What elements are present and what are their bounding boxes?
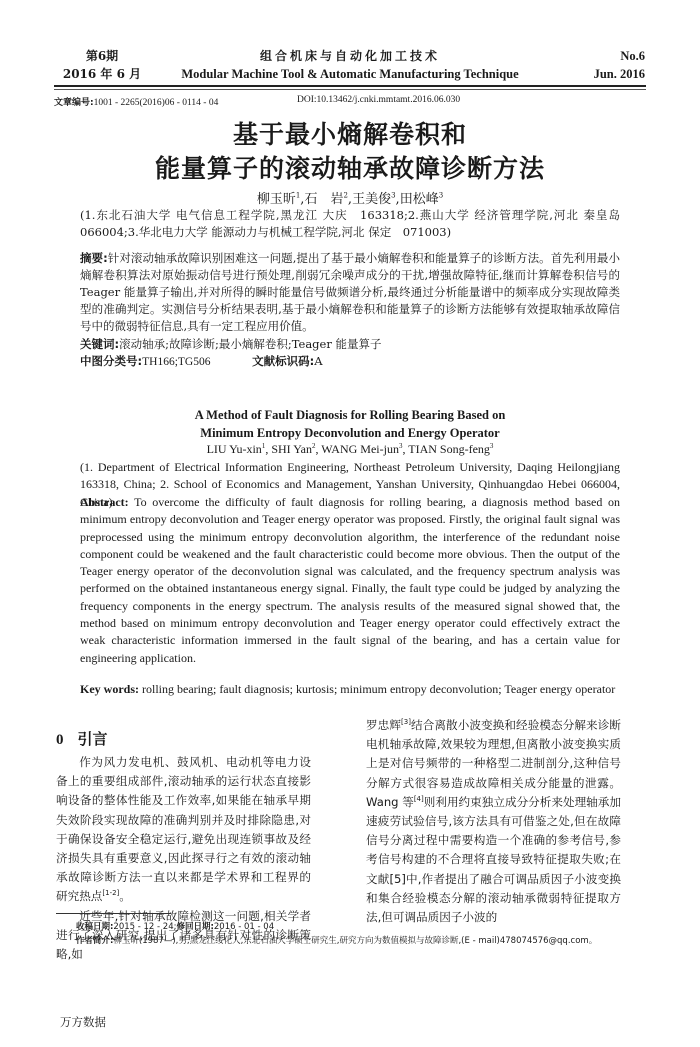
- footnote-rule: [56, 913, 171, 914]
- section-title: 引言: [78, 730, 108, 748]
- author-cn: 石 岩: [304, 192, 343, 207]
- received-label: 收稿日期:: [76, 922, 113, 932]
- article-number-value: 1001 - 2265(2016)06 - 0114 - 04: [94, 98, 219, 108]
- watermark: 万方数据: [60, 1014, 106, 1030]
- journal-name-en: Modular Machine Tool & Automatic Manufac…: [150, 65, 550, 83]
- footnote-dates: 收稿日期:2015 - 12 - 24;修回日期:2016 - 01 - 04: [76, 920, 676, 934]
- bio-text: 柳玉昕(1987—),男,黑龙江绥化人,东北石油大学硕士研究生,研究方向为数值模…: [113, 936, 597, 946]
- author-en: TIAN Song-feng: [408, 442, 490, 456]
- title-cn-line2: 能量算子的滚动轴承故障诊断方法: [0, 152, 700, 186]
- journal-name: 组合机床与自动化加工技术 Modular Machine Tool & Auto…: [150, 47, 550, 83]
- journal-name-cn: 组合机床与自动化加工技术: [150, 47, 550, 65]
- author-en: SHI Yan: [271, 442, 312, 456]
- affiliation-marker: 3: [399, 442, 403, 450]
- issue-info-cn: 第6期 2016 年 6 月: [57, 47, 147, 83]
- abstract-cn-text: 针对滚动轴承故障识别困难这一问题,提出了基于最小熵解卷积和能量算子的诊断方法。首…: [80, 251, 620, 333]
- issue-number-cn: 第6期: [57, 47, 147, 65]
- author-en: LIU Yu-xin: [207, 442, 262, 456]
- author-en: WANG Mei-jun: [321, 442, 399, 456]
- abstract-en-text: To overcome the difficulty of fault diag…: [80, 495, 620, 665]
- received-date: 2015 - 12 - 24;: [113, 922, 176, 932]
- affiliation-marker: 1: [296, 192, 300, 200]
- author-cn: 柳玉昕: [257, 192, 296, 207]
- header-rule-thick: [54, 85, 646, 87]
- abstract-en: Abstract: To overcome the difficulty of …: [80, 494, 620, 667]
- affiliation-marker: 3: [490, 442, 494, 450]
- paragraph: 罗忠辉[3]结合离散小波变换和经验模态分解来诊断电机轴承故障,效果较为理想,但离…: [366, 716, 621, 927]
- issue-date-cn: 2016 年 6 月: [57, 65, 147, 83]
- abstract-en-label: Abstract:: [80, 495, 129, 509]
- affiliation-marker: 2: [312, 442, 316, 450]
- title-cn-line1: 基于最小熵解卷积和: [0, 118, 700, 152]
- revised-label: 修回日期:: [176, 922, 213, 932]
- issue-date-en: Jun. 2016: [580, 65, 645, 83]
- affiliation-marker: 3: [391, 192, 395, 200]
- header-rule-thin: [54, 89, 646, 90]
- keywords-en: Key words: rolling bearing; fault diagno…: [80, 681, 620, 698]
- author-cn: 王美俊: [352, 192, 391, 207]
- paragraph-end: 。: [119, 889, 131, 903]
- citation: [4]: [414, 795, 424, 803]
- paragraph-text: 作为风力发电机、鼓风机、电动机等电力设备上的重要组成部件,滚动轴承的运行状态直接…: [56, 755, 311, 903]
- article-number: 文章编号:1001 - 2265(2016)06 - 0114 - 04: [54, 95, 218, 108]
- author-cn: 田松峰: [400, 192, 439, 207]
- authors-en: LIU Yu-xin1, SHI Yan2, WANG Mei-jun3, TI…: [0, 442, 700, 457]
- issue-info-en: No.6 Jun. 2016: [580, 47, 645, 83]
- clc-label: 中图分类号:: [80, 354, 142, 368]
- paragraph-text: 则利用约束独立成分分析来处理轴承加速疲劳试验信号,该方法具有可借鉴之处,但在故障…: [366, 795, 621, 924]
- affiliation-marker: 3: [439, 192, 443, 200]
- doc-code-label: 文献标识码:: [252, 354, 314, 368]
- affiliation-marker: 2: [343, 192, 347, 200]
- abstract-cn: 摘要:针对滚动轴承故障识别困难这一问题,提出了基于最小熵解卷积和能量算子的诊断方…: [80, 250, 620, 335]
- affiliations-cn: (1.东北石油大学 电气信息工程学院,黑龙江 大庆 163318;2.燕山大学 …: [80, 207, 620, 241]
- title-en-line2: Minimum Entropy Deconvolution and Energy…: [0, 424, 700, 442]
- article-number-label: 文章编号:: [54, 98, 94, 108]
- classification: 中图分类号:TH166;TG506文献标识码:A: [80, 353, 620, 371]
- keywords-cn: 关键词:滚动轴承;故障诊断;最小熵解卷积;Teager 能量算子: [80, 336, 620, 353]
- authors-cn: 柳玉昕1,石 岩2,王美俊3,田松峰3: [0, 188, 700, 207]
- abstract-cn-label: 摘要:: [80, 251, 108, 265]
- body-column-right: 罗忠辉[3]结合离散小波变换和经验模态分解来诊断电机轴承故障,效果较为理想,但离…: [366, 716, 621, 927]
- issue-number-en: No.6: [580, 47, 645, 65]
- clc-value: TH166;TG506: [142, 354, 252, 371]
- keywords-en-text: rolling bearing; fault diagnosis; kurtos…: [142, 682, 615, 696]
- keywords-en-label: Key words:: [80, 682, 139, 696]
- section-number: 0: [56, 732, 64, 748]
- keywords-cn-label: 关键词:: [80, 337, 119, 351]
- keywords-cn-text: 滚动轴承;故障诊断;最小熵解卷积;Teager 能量算子: [119, 337, 381, 351]
- doi: DOI:10.13462/j.cnki.mmtamt.2016.06.030: [297, 95, 460, 105]
- section-heading-introduction: 0引言: [56, 728, 108, 749]
- title-en-line1: A Method of Fault Diagnosis for Rolling …: [0, 406, 700, 424]
- paragraph-text: 罗忠辉: [366, 718, 401, 732]
- affiliation-marker: 1: [262, 442, 266, 450]
- doc-code-value: A: [314, 354, 322, 368]
- citation: [1-2]: [102, 890, 119, 898]
- footnote-bio: 作者简介:柳玉昕(1987—),男,黑龙江绥化人,东北石油大学硕士研究生,研究方…: [76, 934, 676, 948]
- bio-label: 作者简介:: [76, 936, 113, 946]
- paragraph: 作为风力发电机、鼓风机、电动机等电力设备上的重要组成部件,滚动轴承的运行状态直接…: [56, 753, 311, 907]
- citation: [3]: [401, 718, 411, 726]
- revised-date: 2016 - 01 - 04: [214, 922, 274, 932]
